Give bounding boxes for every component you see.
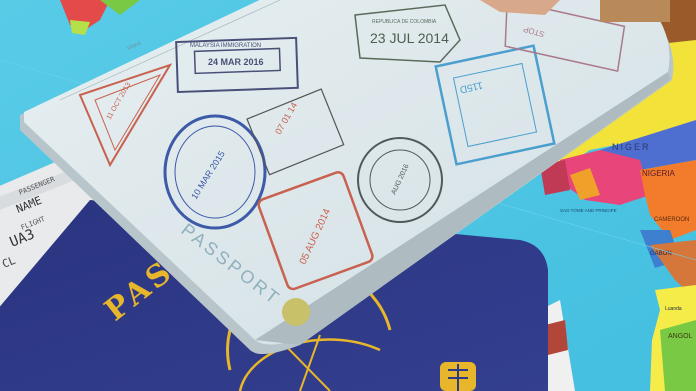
map-label-angola: ANGOL [668, 333, 693, 340]
stamp-colombia-header: REPUBLICA DE COLOMBIA [372, 19, 437, 25]
map-label-nigeria: NIGERIA [642, 169, 676, 178]
wooden-block [600, 0, 670, 22]
map-label-niger: NIGER [612, 142, 651, 152]
map-label-luanda: Luanda [665, 306, 682, 312]
gold-seal-icon [282, 298, 310, 326]
map-label-cameroon: CAMEROON [654, 217, 689, 223]
stamp-malaysia-date: 24 MAR 2016 [208, 57, 264, 67]
stamp-malaysia-header: MALAYSIA IMMIGRATION [190, 43, 261, 49]
stamp-colombia-date: 23 JUL 2014 [370, 30, 449, 46]
map-label-sao-tome: SAO TOME AND PRINCIPE [560, 208, 617, 213]
scene-illustration: NIGER NIGERIA CAMEROON GABON ANGOL SAO T… [0, 0, 696, 391]
photo-scene: NIGER NIGERIA CAMEROON GABON ANGOL SAO T… [0, 0, 696, 391]
